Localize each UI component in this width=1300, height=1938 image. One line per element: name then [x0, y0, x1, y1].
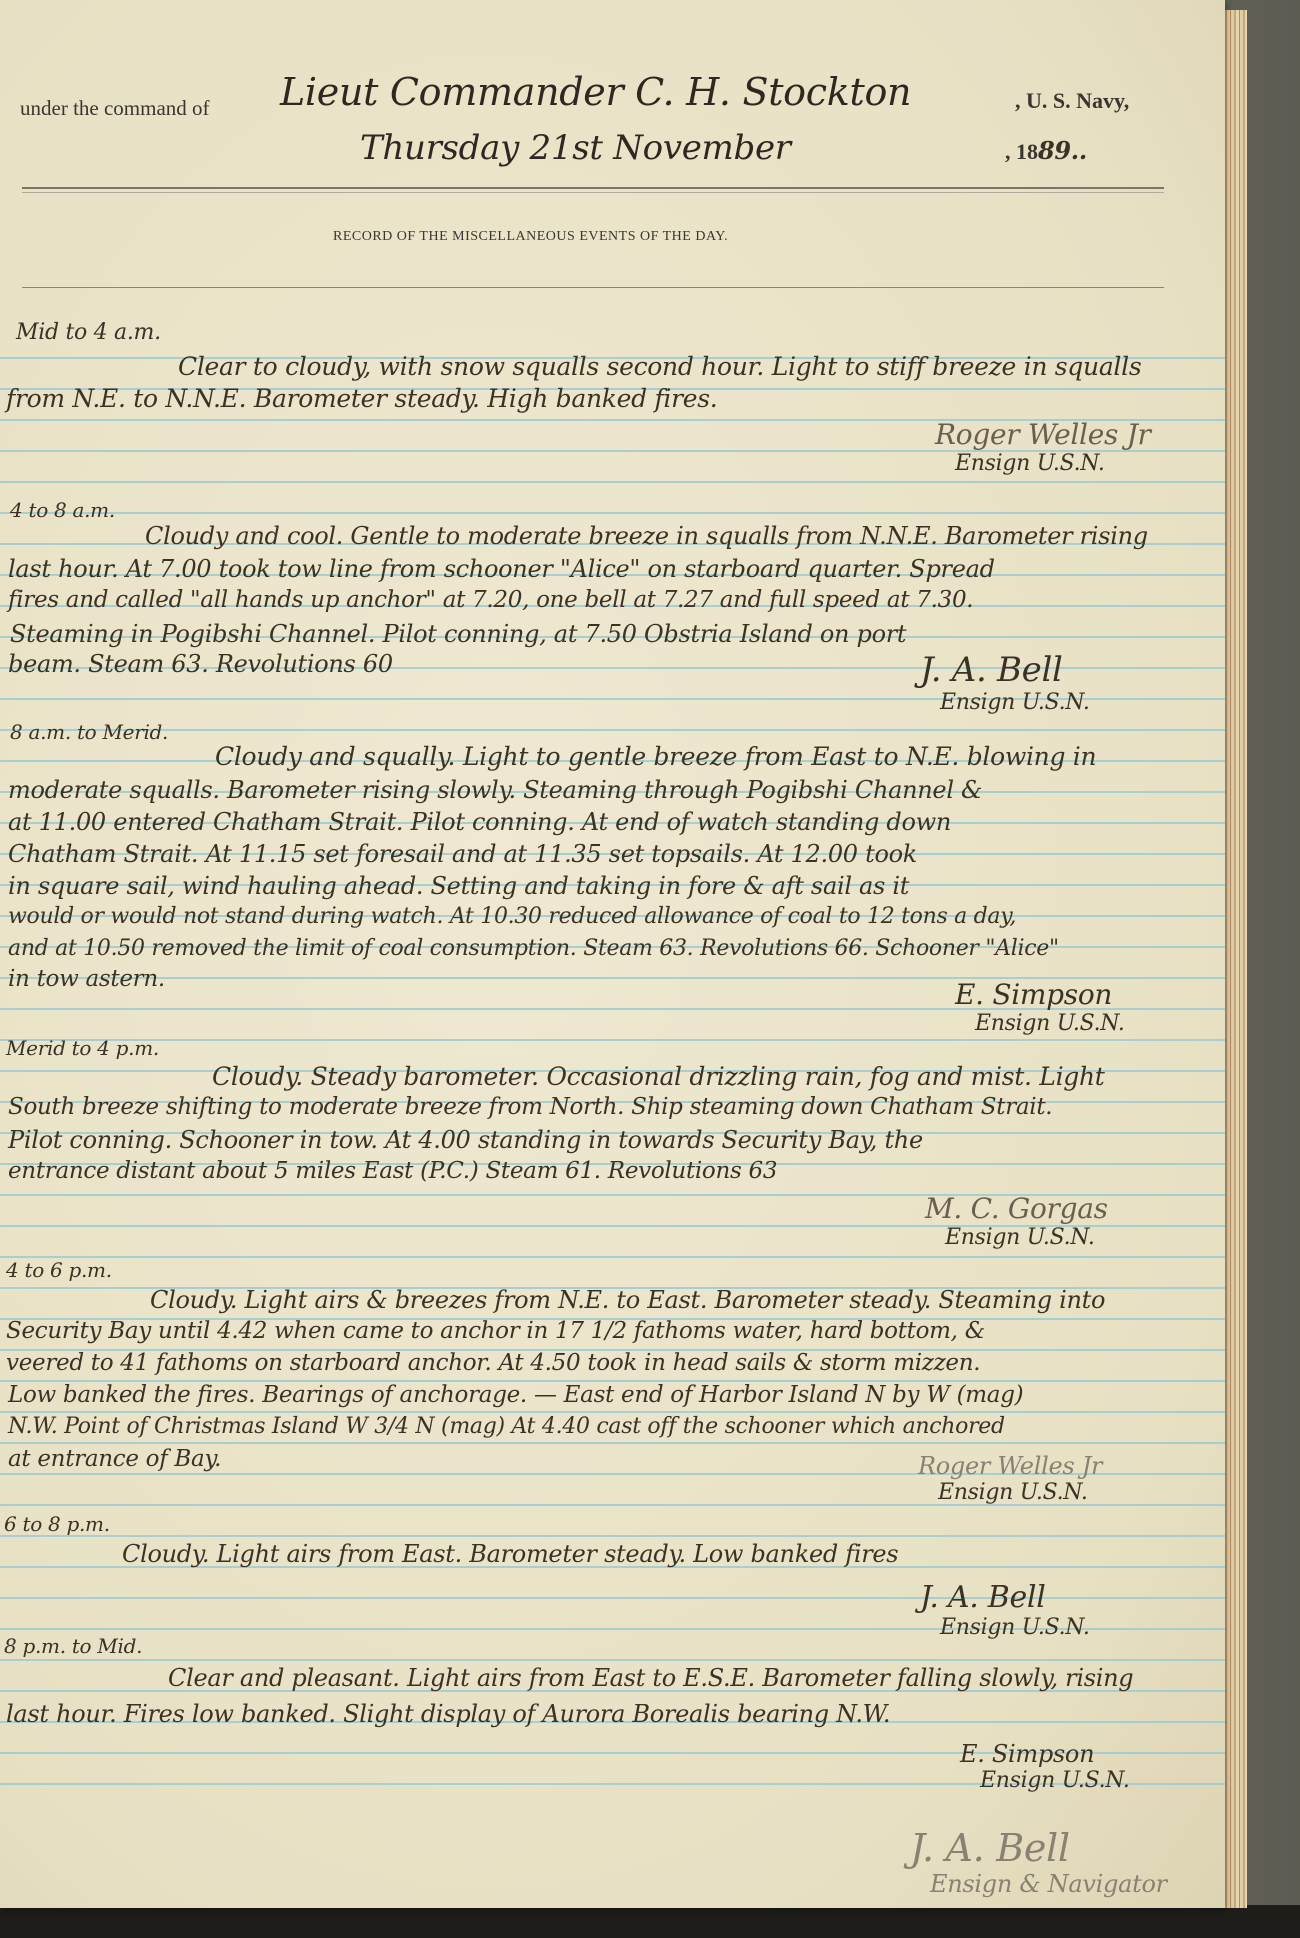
watch-label: 4 to 8 a.m. — [10, 498, 115, 522]
entry-line: Cloudy and squally. Light to gentle bree… — [215, 742, 1096, 771]
entry-line: Cloudy. Light airs from East. Barometer … — [122, 1540, 898, 1568]
entry-line: in tow astern. — [8, 966, 165, 992]
entry-line: at 11.00 entered Chatham Strait. Pilot c… — [8, 808, 951, 836]
entry-line: moderate squalls. Barometer rising slowl… — [8, 776, 982, 804]
header-rule-thin — [22, 192, 1164, 193]
watch-label: Mid to 4 a.m. — [16, 320, 161, 345]
bottom-shadow — [0, 1905, 1300, 1938]
entry-line: would or would not stand during watch. A… — [8, 904, 1016, 929]
entry-line: Cloudy and cool. Gentle to moderate bree… — [145, 522, 1148, 550]
entry-line: South breeze shifting to moderate breeze… — [8, 1094, 1052, 1120]
entry-line: Low banked the fires. Bearings of anchor… — [8, 1382, 1023, 1408]
service-label: , U. S. Navy, — [1015, 88, 1129, 114]
entry-line: last hour. At 7.00 took tow line from sc… — [8, 555, 995, 583]
entry-line: beam. Steam 63. Revolutions 60 — [8, 650, 393, 678]
entry-line: Steaming in Pogibshi Channel. Pilot conn… — [10, 620, 906, 648]
entry-line: Clear and pleasant. Light airs from East… — [168, 1664, 1133, 1692]
watch-label: 8 a.m. to Merid. — [10, 720, 168, 744]
entry-line: Clear to cloudy, with snow squalls secon… — [178, 352, 1141, 381]
signature: Roger Welles Jr Ensign U.S.N. — [918, 1452, 1102, 1505]
watch-label: Merid to 4 p.m. — [6, 1036, 159, 1060]
year-label: , 1889.. — [1005, 136, 1087, 165]
signature: E. Simpson Ensign U.S.N. — [955, 978, 1125, 1036]
section-title: RECORD OF THE MISCELLANEOUS EVENTS OF TH… — [333, 229, 728, 245]
entry-line: in square sail, wind hauling ahead. Sett… — [8, 872, 909, 900]
logbook-page: under the command of Lieut Commander C. … — [0, 0, 1225, 1908]
entry-line: Security Bay until 4.42 when came to anc… — [6, 1318, 985, 1344]
entry-line: at entrance of Bay. — [8, 1446, 221, 1472]
signature: M. C. Gorgas Ensign U.S.N. — [925, 1192, 1108, 1250]
navigator-signature: J. A. Bell Ensign & Navigator — [900, 1826, 1167, 1898]
page-edges — [1225, 10, 1247, 1908]
signature: E. Simpson Ensign U.S.N. — [960, 1740, 1130, 1793]
watch-label: 6 to 8 p.m. — [4, 1512, 110, 1536]
command-prefix: under the command of — [20, 96, 210, 121]
section-rule — [22, 287, 1164, 288]
watch-label: 8 p.m. to Mid. — [4, 1634, 142, 1658]
entry-line: from N.E. to N.N.E. Barometer steady. Hi… — [6, 384, 717, 413]
signature: J. A. Bell Ensign U.S.N. — [920, 1580, 1090, 1640]
entry-line: and at 10.50 removed the limit of coal c… — [8, 936, 1059, 961]
entry-line: Cloudy. Steady barometer. Occasional dri… — [212, 1062, 1105, 1091]
signature: J. A. Bell Ensign U.S.N. — [920, 650, 1090, 715]
header-rule — [22, 187, 1164, 189]
entry-line: veered to 41 fathoms on starboard anchor… — [6, 1350, 980, 1376]
entry-line: Cloudy. Light airs & breezes from N.E. t… — [150, 1286, 1105, 1314]
log-date: Thursday 21st November — [360, 128, 791, 168]
commander-name: Lieut Commander C. H. Stockton — [280, 70, 911, 114]
entry-line: Pilot conning. Schooner in tow. At 4.00 … — [8, 1126, 923, 1154]
entry-line: Chatham Strait. At 11.15 set foresail an… — [8, 840, 917, 868]
signature: Roger Welles Jr Ensign U.S.N. — [935, 418, 1151, 476]
entry-line: N.W. Point of Christmas Island W 3/4 N (… — [8, 1414, 1005, 1439]
entry-line: entrance distant about 5 miles East (P.C… — [8, 1158, 777, 1184]
entry-line: fires and called "all hands up anchor" a… — [8, 587, 973, 613]
entry-line: last hour. Fires low banked. Slight disp… — [6, 1700, 890, 1728]
watch-label: 4 to 6 p.m. — [6, 1258, 112, 1282]
